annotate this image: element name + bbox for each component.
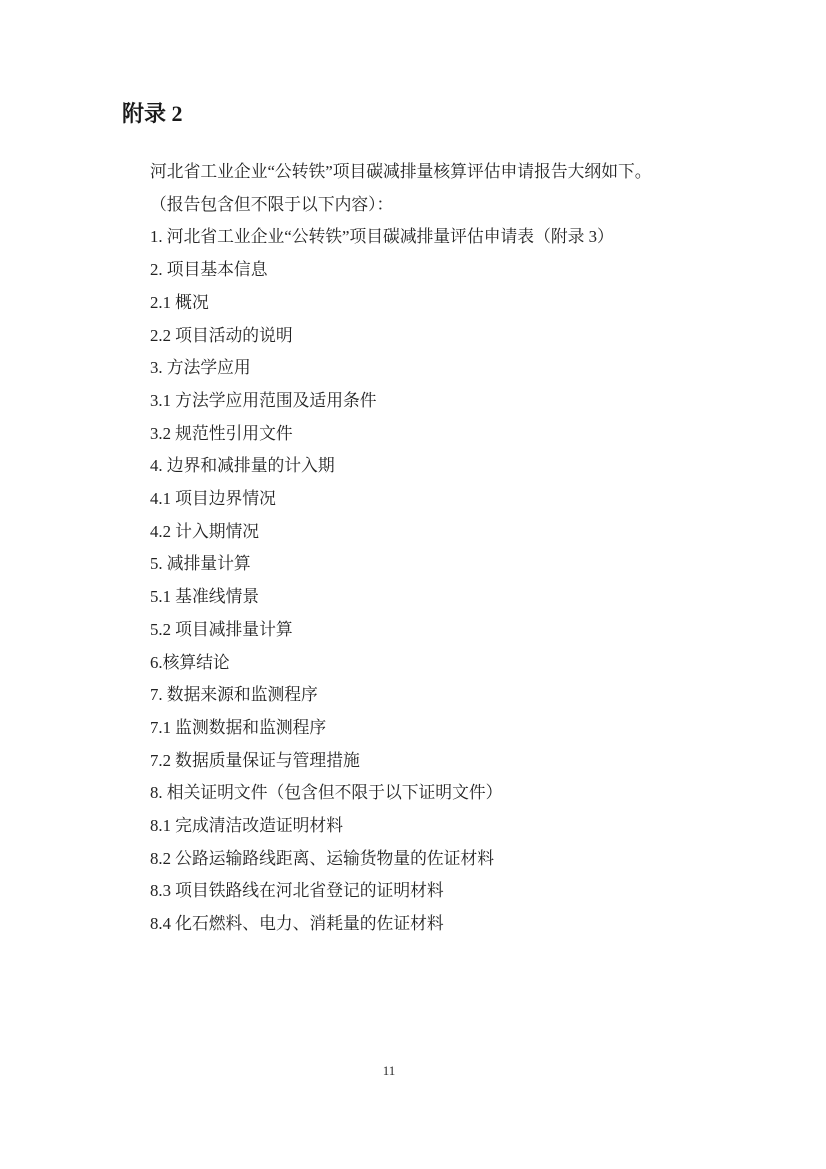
- outline-item: 8.4 化石燃料、电力、消耗量的佐证材料: [122, 908, 708, 941]
- outline-item: 3.2 规范性引用文件: [122, 418, 708, 451]
- outline-item: 3.1 方法学应用范围及适用条件: [122, 385, 708, 418]
- outline-item: 1. 河北省工业企业“公转铁”项目碳减排量评估申请表（附录 3）: [122, 221, 708, 254]
- outline-item: 3. 方法学应用: [122, 352, 708, 385]
- outline-item: 2. 项目基本信息: [122, 254, 708, 287]
- outline-item: 5. 减排量计算: [122, 548, 708, 581]
- page-number: 11: [0, 1063, 778, 1079]
- outline-item: 7.2 数据质量保证与管理措施: [122, 745, 708, 778]
- outline-item: 8.2 公路运输路线距离、运输货物量的佐证材料: [122, 843, 708, 876]
- intro-paragraph: 河北省工业企业“公转铁”项目碳减排量核算评估申请报告大纲如下。（报告包含但不限于…: [122, 156, 708, 221]
- outline-item: 8.3 项目铁路线在河北省登记的证明材料: [122, 875, 708, 908]
- outline-item: 4. 边界和减排量的计入期: [122, 450, 708, 483]
- outline-item: 2.1 概况: [122, 287, 708, 320]
- outline-item: 8. 相关证明文件（包含但不限于以下证明文件）: [122, 777, 708, 810]
- intro-line: 河北省工业企业“公转铁”项目碳减排量核算评估申请报告大纲如下。: [122, 156, 708, 189]
- document-content: 附录 2 河北省工业企业“公转铁”项目碳减排量核算评估申请报告大纲如下。（报告包…: [122, 98, 708, 941]
- intro-line: （报告包含但不限于以下内容）：: [122, 189, 708, 222]
- outline-item: 2.2 项目活动的说明: [122, 320, 708, 353]
- outline-item: 5.1 基准线情景: [122, 581, 708, 614]
- outline-item: 7. 数据来源和监测程序: [122, 679, 708, 712]
- outline-item: 8.1 完成清洁改造证明材料: [122, 810, 708, 843]
- outline-item: 4.2 计入期情况: [122, 516, 708, 549]
- outline-item: 7.1 监测数据和监测程序: [122, 712, 708, 745]
- outline-item: 6.核算结论: [122, 647, 708, 680]
- appendix-title: 附录 2: [122, 98, 708, 130]
- outline-item: 5.2 项目减排量计算: [122, 614, 708, 647]
- outline-item: 4.1 项目边界情况: [122, 483, 708, 516]
- outline-list: 1. 河北省工业企业“公转铁”项目碳减排量评估申请表（附录 3）2. 项目基本信…: [122, 221, 708, 940]
- document-page: 附录 2 河北省工业企业“公转铁”项目碳减排量核算评估申请报告大纲如下。（报告包…: [0, 0, 826, 1169]
